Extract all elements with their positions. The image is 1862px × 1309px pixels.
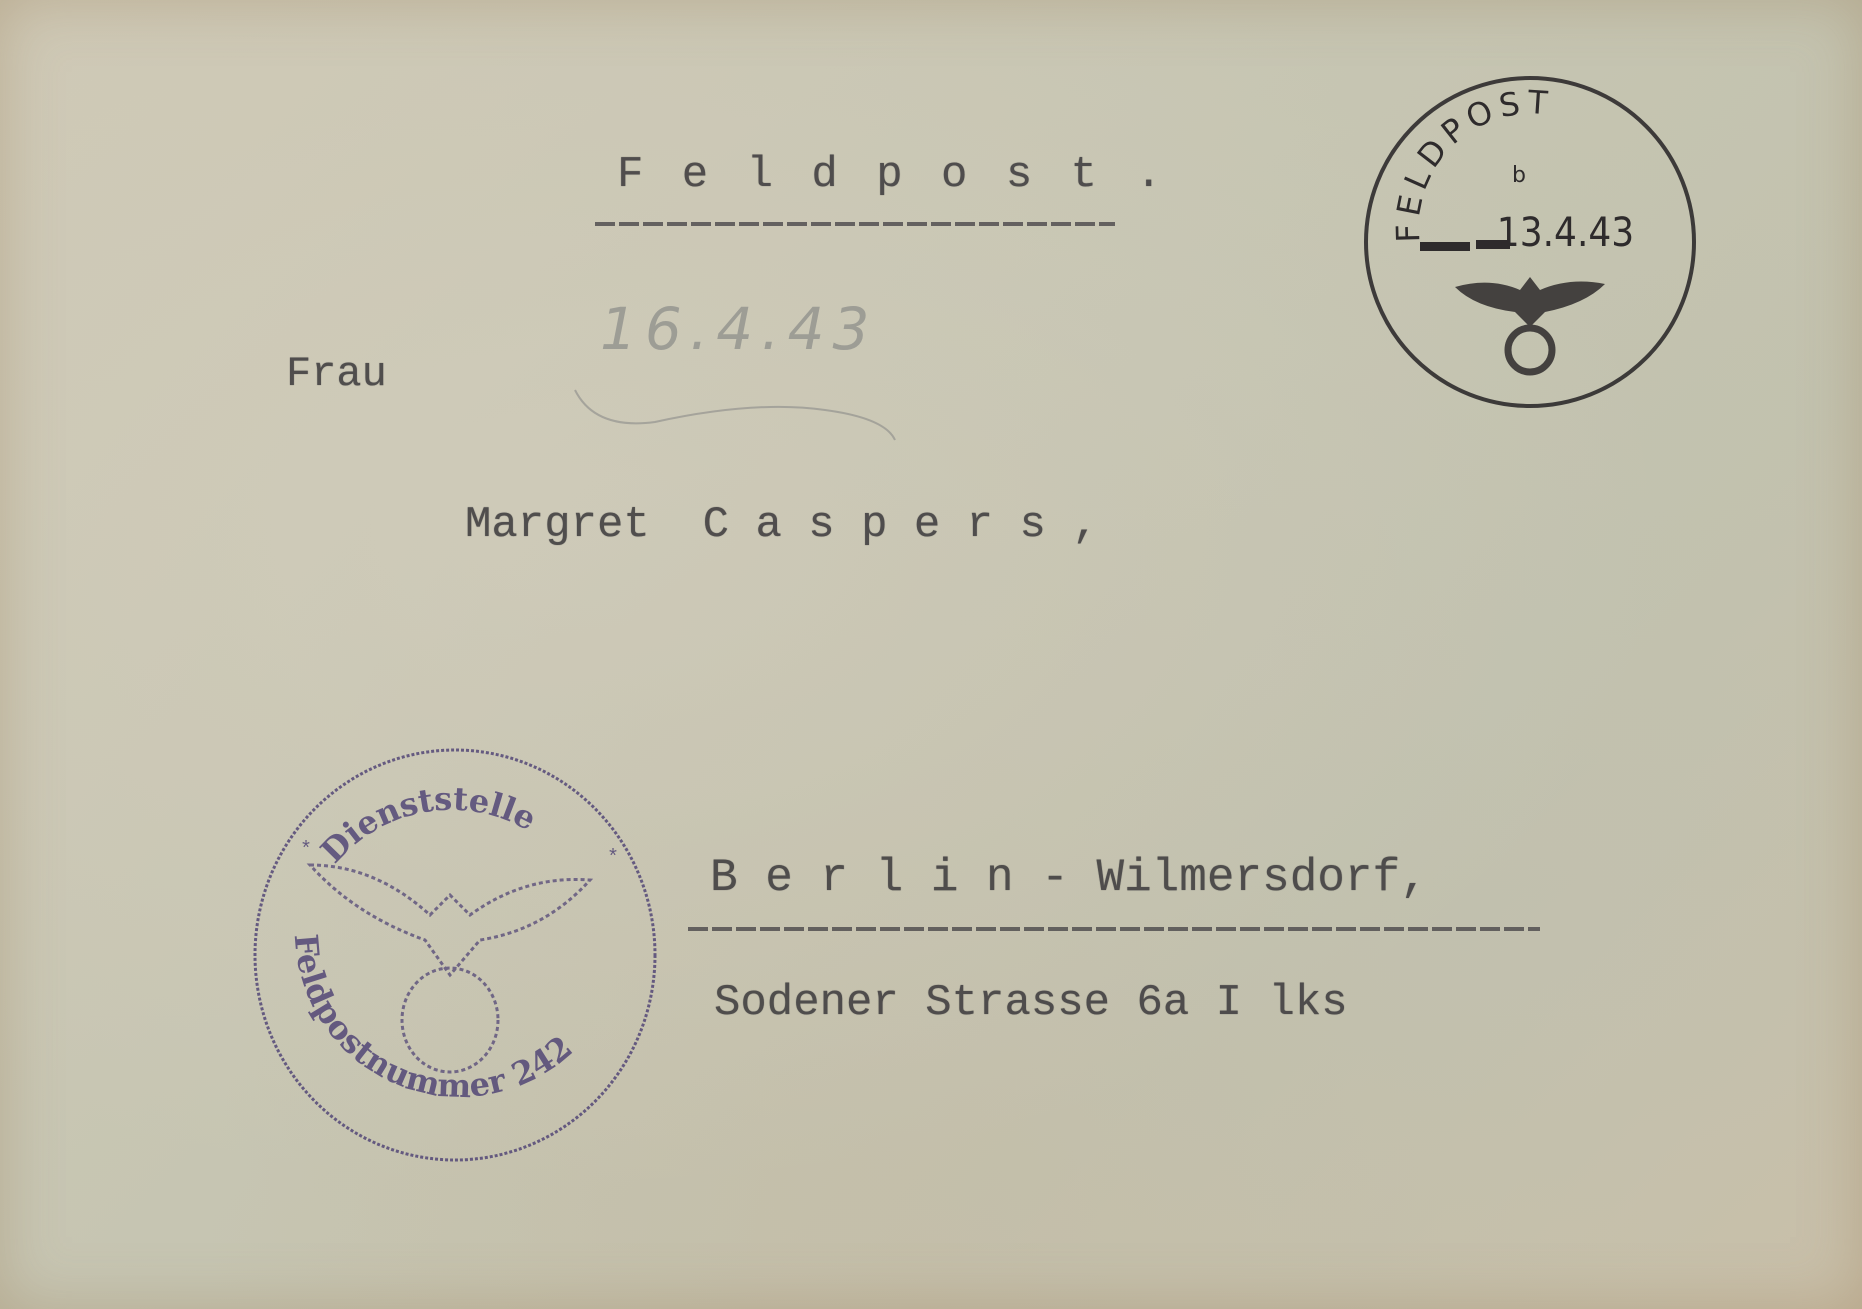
recipient-name: Margret C a s p e r s , (465, 500, 1099, 550)
eagle-emblem-icon (1455, 277, 1605, 372)
address-city: B e r l i n - Wilmersdorf, (710, 852, 1428, 904)
header-underline (595, 222, 1115, 226)
svg-text:*: * (607, 847, 619, 870)
envelope: F e l d p o s t . 16.4.43 Frau Margret C… (0, 0, 1862, 1309)
header-feldpost: F e l d p o s t . (617, 150, 1168, 200)
pencil-date-note: 16.4.43 (600, 295, 877, 363)
address-street: Sodener Strasse 6a I lks (714, 978, 1348, 1028)
postmark-letter: b (1512, 163, 1526, 188)
postmark-date: 13.4.43 (1497, 209, 1634, 255)
city-underline (688, 927, 1540, 931)
feldpost-postmark: FELDPOST b 13.4.43 (1360, 72, 1700, 412)
svg-text:*: * (300, 839, 312, 862)
unit-stamp: Dienststelle Feldpostnummer 24200 * * (245, 745, 665, 1165)
pencil-curve (565, 380, 905, 450)
unit-stamp-top-text: Dienststelle (313, 780, 542, 871)
salutation: Frau (286, 350, 387, 398)
